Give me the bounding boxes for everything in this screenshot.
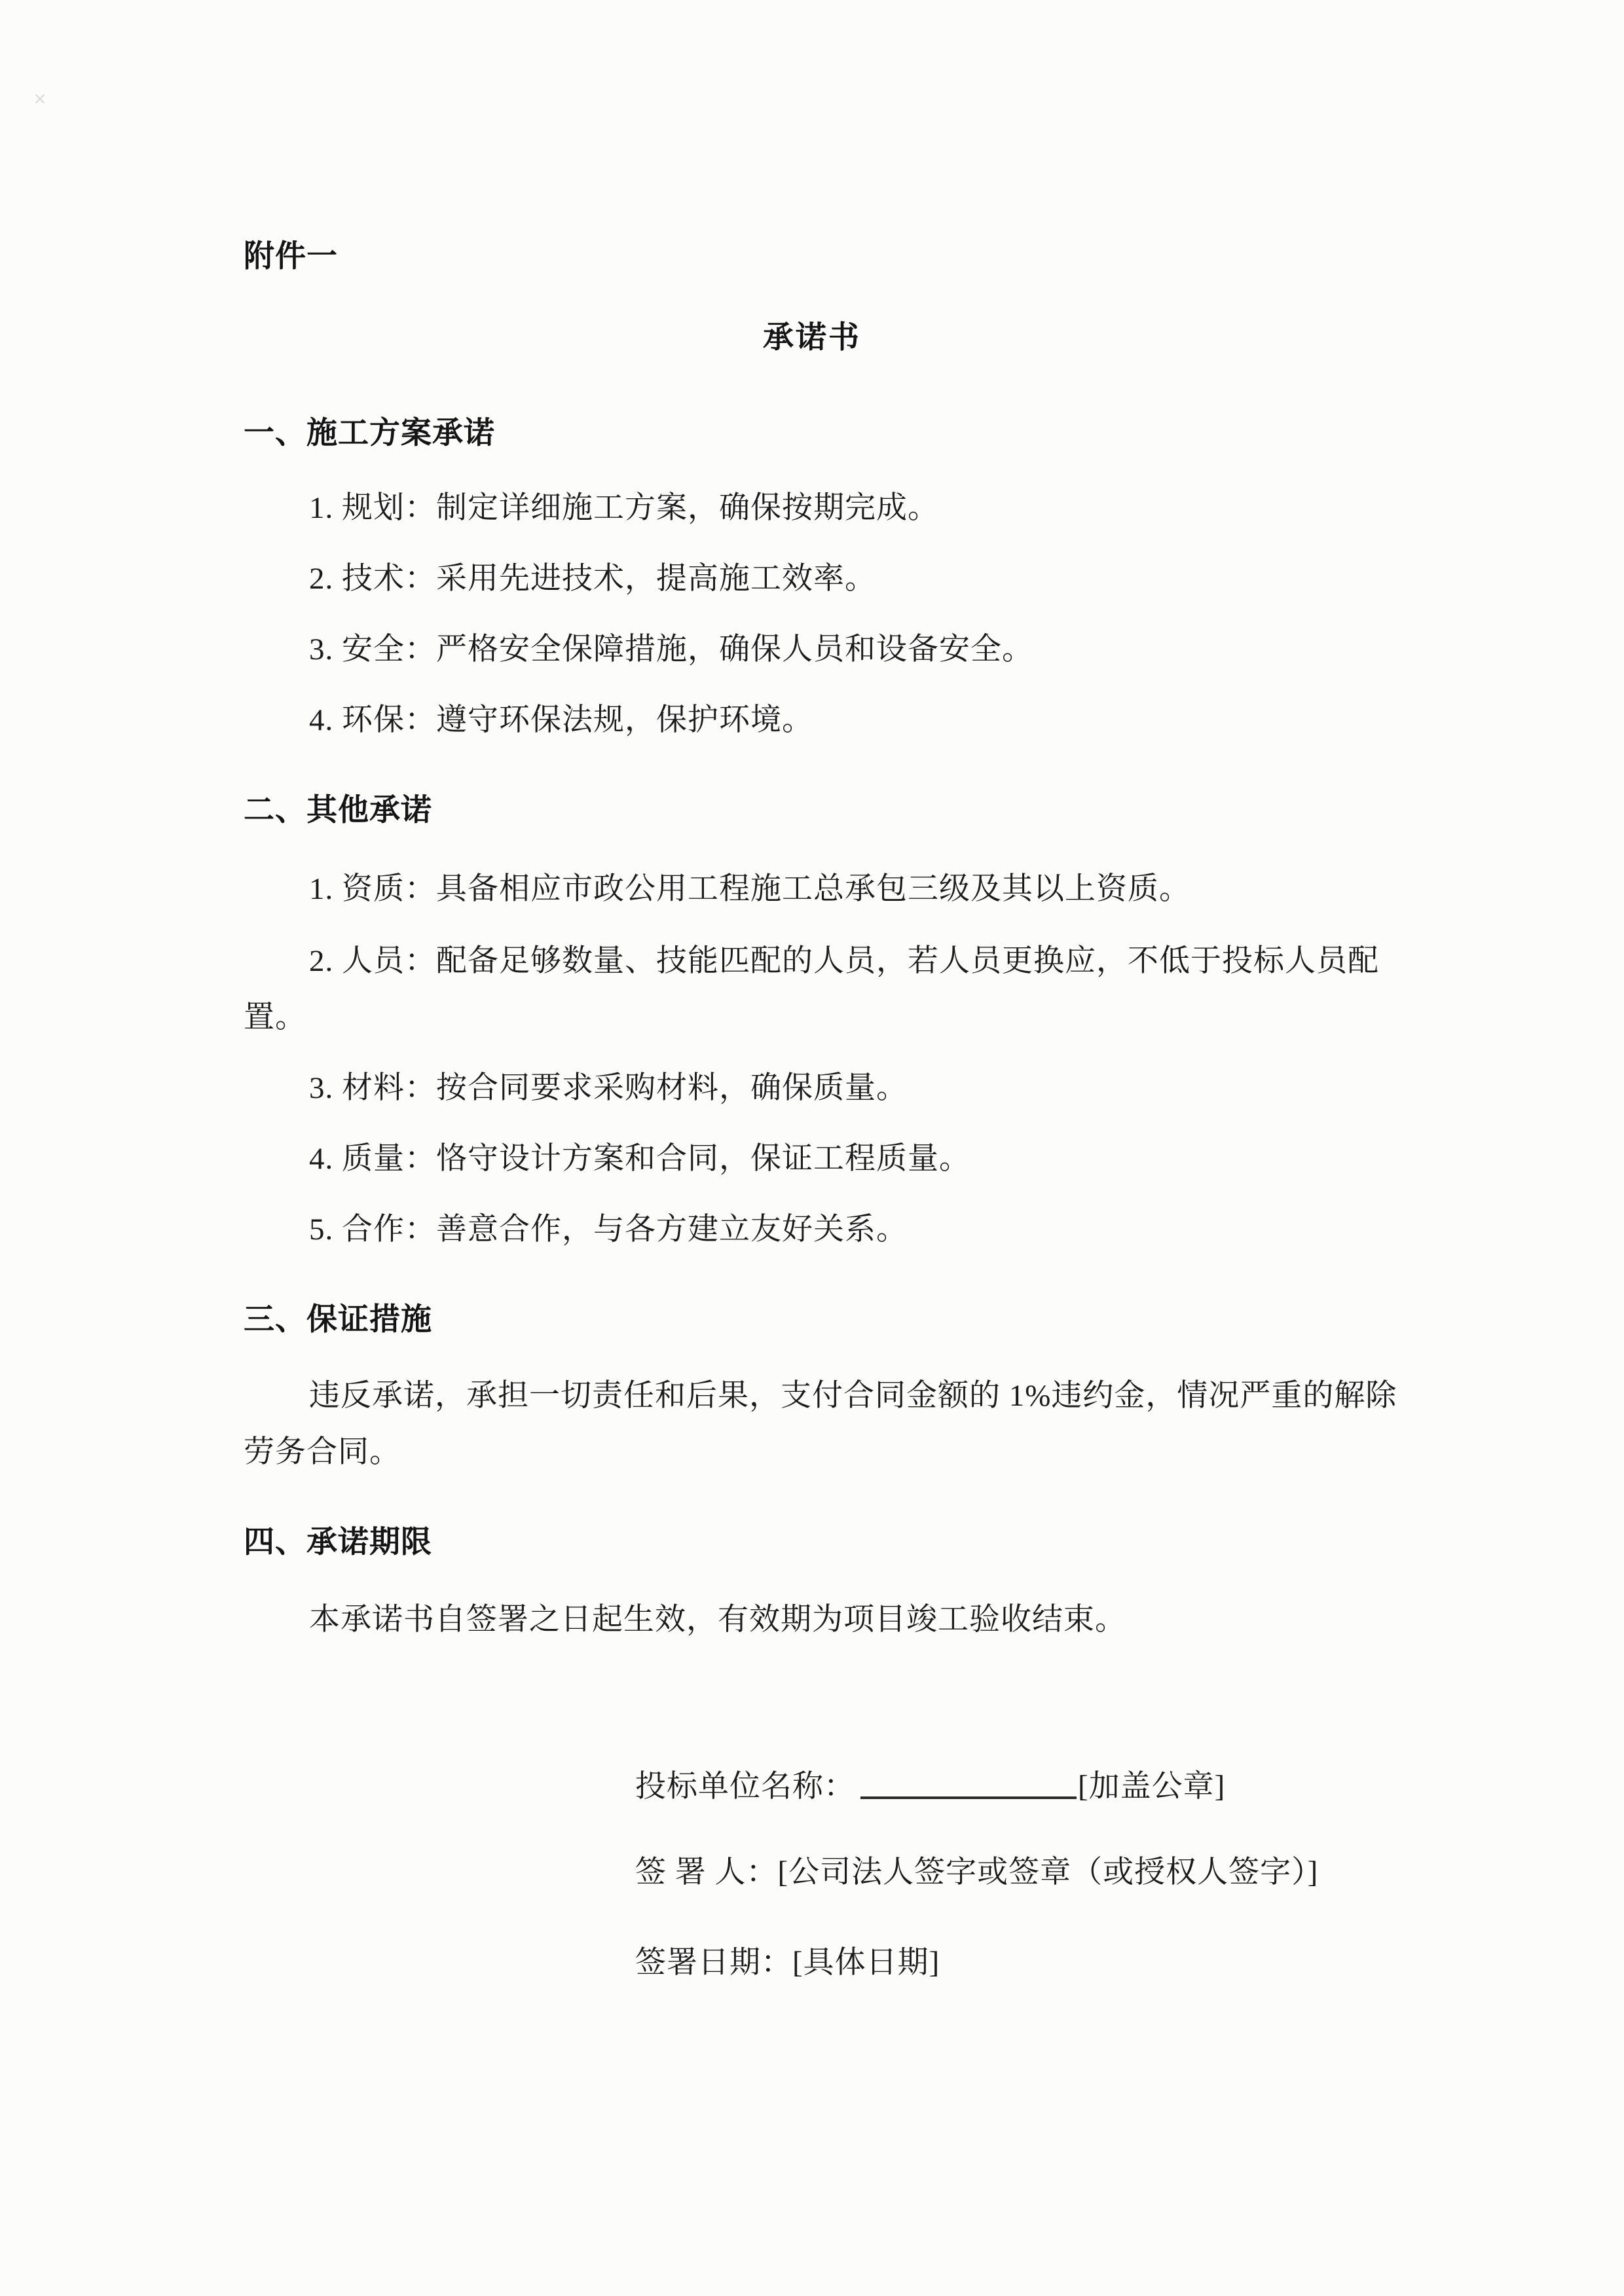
section-4-heading: 四、承诺期限	[244, 1523, 432, 1562]
section-1-item-1: 1. 规划：制定详细施工方案，确保按期完成。	[309, 488, 939, 528]
section-3-paragraph-line-1: 违反承诺，承担一切责任和后果，支付合同金额的 1%违约金，情况严重的解除	[309, 1376, 1397, 1415]
signature-signer-value: [公司法人签字或签章（或授权人签字）]	[778, 1855, 1319, 1889]
signature-signer-label: 签 署 人：	[635, 1855, 778, 1889]
section-2-item-4: 4. 质量：恪守设计方案和合同，保证工程质量。	[309, 1139, 970, 1178]
section-3-heading: 三、保证措施	[244, 1300, 432, 1339]
signature-unit-row: 投标单位名称：[加盖公章]	[635, 1762, 1225, 1806]
company-name-blank	[860, 1762, 1077, 1799]
section-1-item-4: 4. 环保：遵守环保法规，保护环境。	[309, 701, 813, 740]
section-1-item-3: 3. 安全：严格安全保障措施，确保人员和设备安全。	[309, 630, 1033, 669]
section-2-item-2: 2. 人员：配备足够数量、技能匹配的人员，若人员更换应，不低于投标人员配	[309, 941, 1379, 981]
section-2-item-1: 1. 资质：具备相应市政公用工程施工总承包三级及其以上资质。	[309, 869, 1190, 909]
signature-unit-label: 投标单位名称：	[635, 1770, 855, 1804]
attachment-label: 附件一	[244, 237, 338, 276]
section-1-heading: 一、施工方案承诺	[244, 414, 495, 453]
section-2-heading: 二、其他承诺	[244, 791, 432, 830]
document-title: 承诺书	[0, 318, 1624, 357]
section-3-paragraph-line-2: 劳务合同。	[244, 1432, 401, 1472]
section-4-paragraph-line-1: 本承诺书自签署之日起生效，有效期为项目竣工验收结束。	[309, 1600, 1126, 1639]
section-2-item-3: 3. 材料：按合同要求采购材料，确保质量。	[309, 1068, 908, 1108]
document-page: 附件一 承诺书 一、施工方案承诺 1. 规划：制定详细施工方案，确保按期完成。 …	[0, 0, 1624, 2296]
scan-speck	[34, 93, 46, 105]
section-2-item-5: 5. 合作：善意合作，与各方建立友好关系。	[309, 1210, 908, 1249]
section-2-item-2-continuation: 置。	[244, 998, 306, 1037]
signature-date-value: [具体日期]	[792, 1946, 940, 1980]
section-1-item-2: 2. 技术：采用先进技术，提高施工效率。	[309, 559, 876, 598]
signature-unit-suffix: [加盖公章]	[1078, 1770, 1225, 1804]
signature-date-row: 签署日期：[具体日期]	[635, 1943, 940, 1982]
signature-signer-row: 签 署 人：[公司法人签字或签章（或授权人签字）]	[635, 1853, 1318, 1892]
signature-date-label: 签署日期：	[635, 1946, 792, 1980]
